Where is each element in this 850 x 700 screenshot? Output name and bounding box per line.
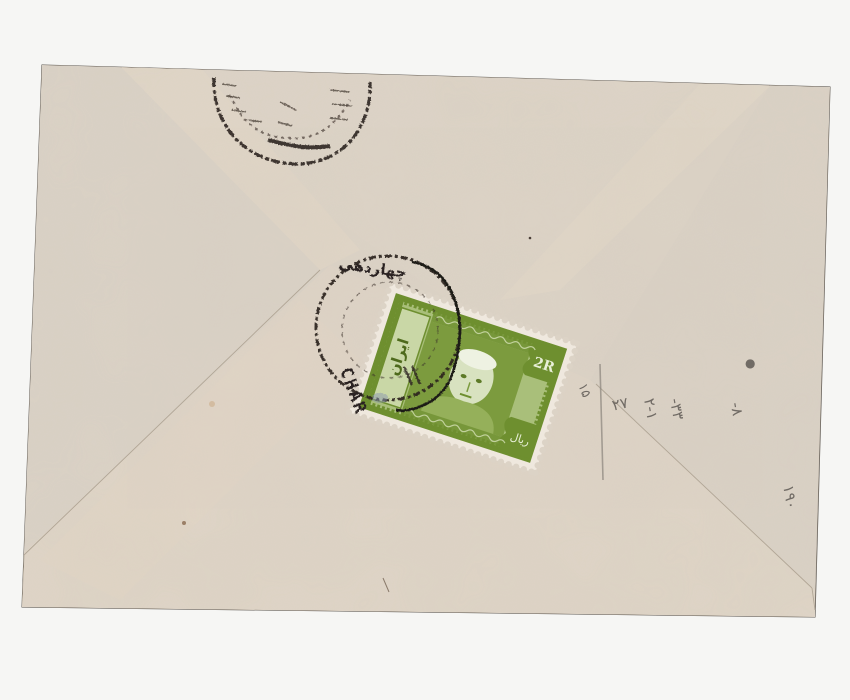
pencil-note-4: ۳۳- bbox=[666, 397, 687, 421]
pencil-note-2: ۲۷ bbox=[610, 394, 630, 415]
pencil-note-3: ۲-۱ bbox=[640, 397, 661, 421]
envelope-photo: ایران 2R ریال bbox=[0, 0, 850, 700]
pencil-mark-dot: ● bbox=[745, 356, 755, 370]
